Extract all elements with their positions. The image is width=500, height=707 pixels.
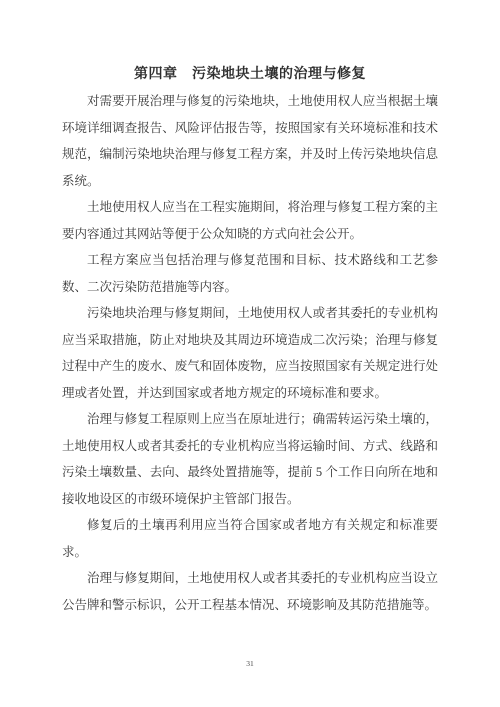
body-paragraph: 治理与修复期间，土地使用权人或者其委托的专业机构应当设立公告牌和警示标识，公开工… [62, 565, 438, 618]
document-body: 对需要开展治理与修复的污染地块，土地使用权人应当根据土壤环境详细调查报告、风险评… [62, 88, 438, 618]
page-number: 31 [0, 659, 500, 668]
body-paragraph: 污染地块治理与修复期间，土地使用权人或者其委托的专业机构应当采取措施，防止对地块… [62, 300, 438, 406]
body-paragraph: 对需要开展治理与修复的污染地块，土地使用权人应当根据土壤环境详细调查报告、风险评… [62, 88, 438, 194]
body-paragraph: 工程方案应当包括治理与修复范围和目标、技术路线和工艺参数、二次污染防范措施等内容… [62, 247, 438, 300]
body-paragraph: 土地使用权人应当在工程实施期间，将治理与修复工程方案的主要内容通过其网站等便于公… [62, 194, 438, 247]
body-paragraph: 治理与修复工程原则上应当在原址进行；确需转运污染土壤的，土地使用权人或者其委托的… [62, 406, 438, 512]
document-page: 第四章 污染地块土壤的治理与修复 对需要开展治理与修复的污染地块，土地使用权人应… [0, 0, 500, 707]
body-paragraph: 修复后的土壤再利用应当符合国家或者地方有关规定和标准要求。 [62, 512, 438, 565]
chapter-title: 第四章 污染地块土壤的治理与修复 [62, 62, 438, 88]
